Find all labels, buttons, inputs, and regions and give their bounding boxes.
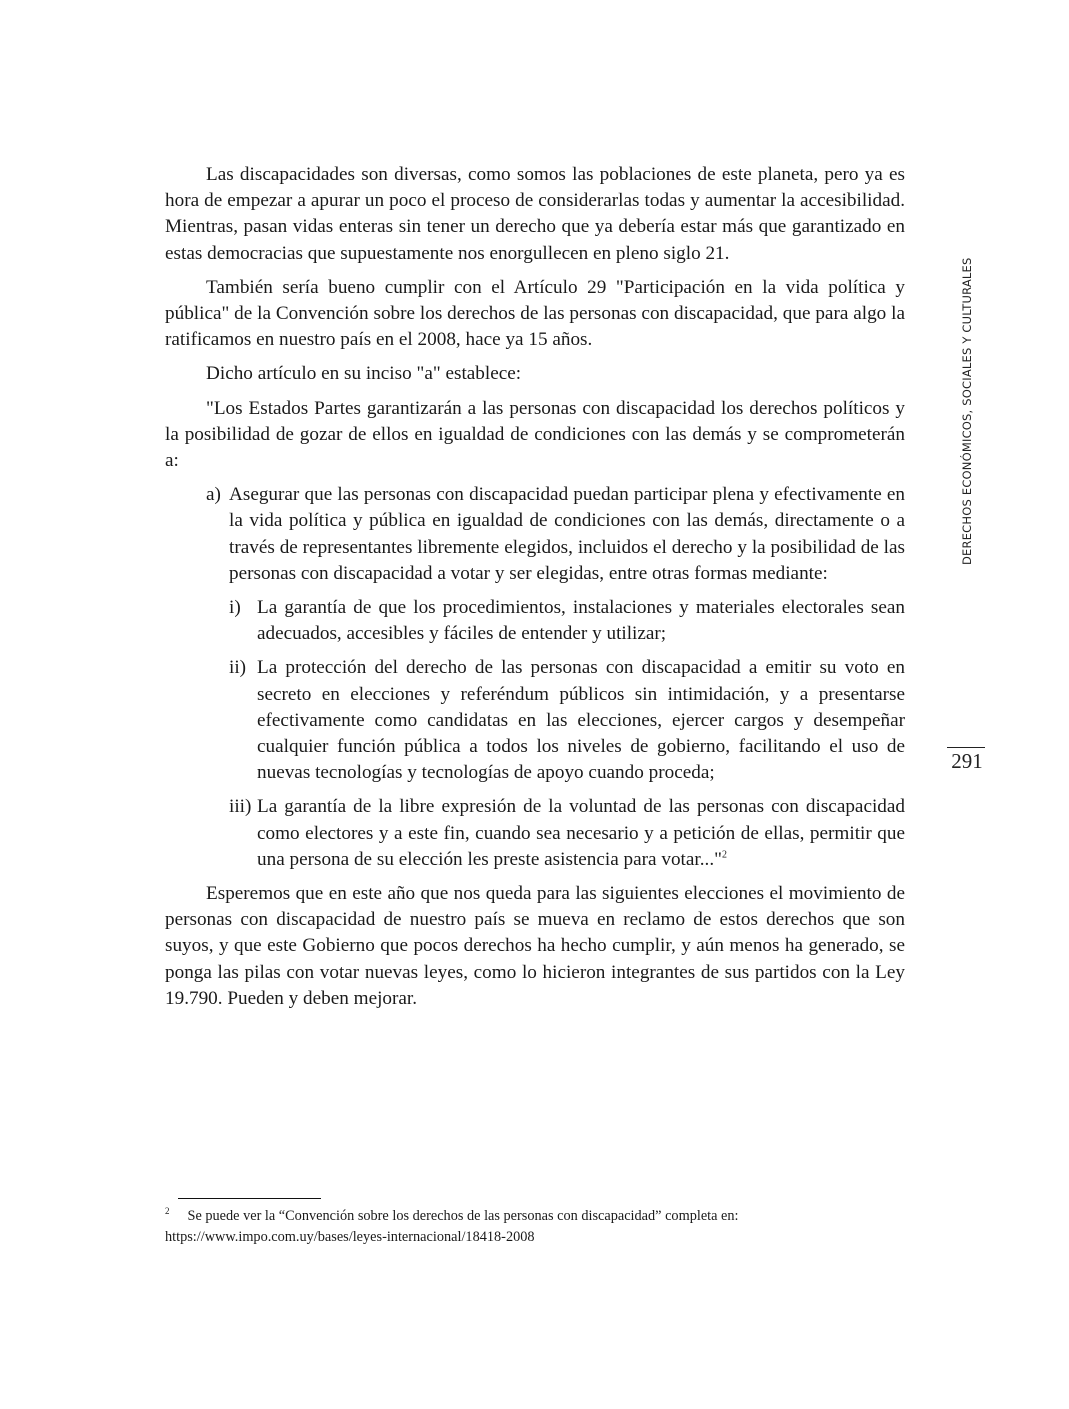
footnote-text: Se puede ver la “Convención sobre los de… <box>165 1208 739 1245</box>
running-section-heading: DERECHOS ECONÓMICOS, SOCIALES Y CULTURAL… <box>960 258 974 566</box>
quote-intro: "Los Estados Partes garantizarán a las p… <box>165 396 905 475</box>
footnote-reference[interactable]: 2 <box>722 849 727 860</box>
list-item-text: Asegurar que las personas con discapacid… <box>229 484 905 584</box>
footnote-number: 2 <box>165 1206 170 1216</box>
footnote: 2Se puede ver la “Convención sobre los d… <box>165 1206 905 1248</box>
footnote-divider <box>178 1198 321 1199</box>
list-item-i: i) La garantía de que los procedimientos… <box>165 595 905 647</box>
list-marker: iii) <box>229 794 251 820</box>
paragraph-1: Las discapacidades son diversas, como so… <box>165 162 905 267</box>
paragraph-2: También sería bueno cumplir con el Artíc… <box>165 275 905 354</box>
list-marker: ii) <box>229 655 246 681</box>
page-number: 291 <box>947 749 987 774</box>
list-marker: i) <box>229 595 241 621</box>
list-item-text: La garantía de la libre expresión de la … <box>257 796 905 869</box>
list-item-text: La garantía de que los procedimientos, i… <box>257 597 905 644</box>
list-item-text: La protección del derecho de las persona… <box>257 657 905 783</box>
document-page: Las discapacidades son diversas, como so… <box>0 0 1069 1409</box>
main-text: Las discapacidades son diversas, como so… <box>165 162 905 1020</box>
list-item-ii: ii) La protección del derecho de las per… <box>165 655 905 786</box>
paragraph-3: Dicho artículo en su inciso "a" establec… <box>165 361 905 387</box>
list-item-iii: iii) La garantía de la libre expresión d… <box>165 794 905 873</box>
page-number-rule <box>947 747 985 748</box>
paragraph-5: Esperemos que en este año que nos queda … <box>165 881 905 1012</box>
list-marker: a) <box>206 482 221 508</box>
list-item-a: a) Asegurar que las personas con discapa… <box>165 482 905 587</box>
